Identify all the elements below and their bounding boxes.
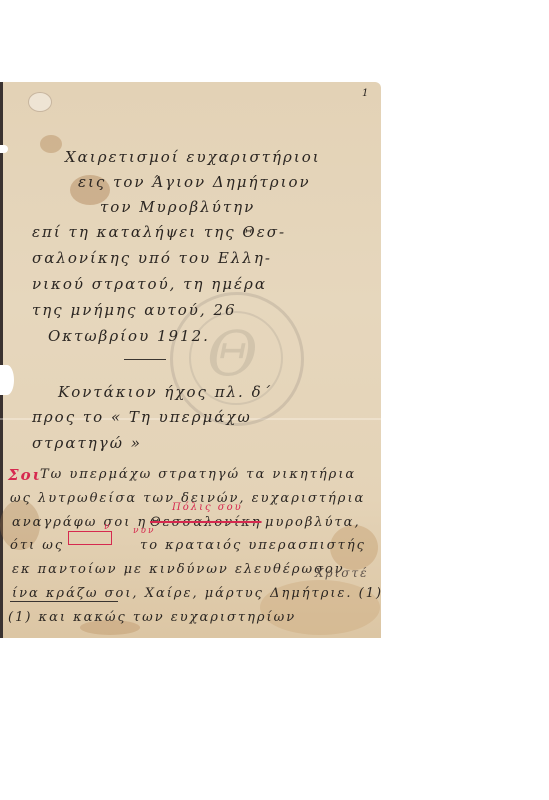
title-line: της μνήμης αυτού, 26 <box>32 301 237 319</box>
subheading-line: προς το « Τη υπερμάχω <box>32 408 252 426</box>
separator-rule <box>124 359 166 360</box>
water-stain <box>28 92 52 112</box>
page-shadow-edge <box>0 82 3 638</box>
footnote: (1) και κακώς των ευχαριστηρίων <box>8 610 296 625</box>
red-insertion: ν <box>104 522 111 532</box>
title-line: εις τον Άγιον Δημήτριον <box>78 173 311 191</box>
title-line: Οκτωβρίου 1912. <box>48 327 210 345</box>
hymn-line: αναγράφω σοι η <box>12 515 147 530</box>
tear-mark <box>0 365 14 395</box>
water-stain <box>40 135 62 153</box>
title-line: σαλονίκης υπό του Ελλη- <box>32 249 272 267</box>
subheading-line: στρατηγώ » <box>32 434 142 452</box>
title-line: νικού στρατού, τη ημέρα <box>32 275 267 293</box>
red-prefix: Σοι <box>8 466 42 484</box>
title-line: επί τη καταλήψει της Θεσ- <box>32 223 286 241</box>
red-insertion: νυν <box>133 526 155 536</box>
title-line: τον Μυροβλύτην <box>100 198 255 216</box>
page-number: 1 <box>362 88 370 99</box>
hymn-line: μυροβλύτα, <box>265 515 361 530</box>
subheading-line: Κοντάκιον ήχος πλ. δ΄ <box>58 383 272 401</box>
hymn-line: Τω υπερμάχω στρατηγώ τα νικητήρια <box>40 467 356 482</box>
hymn-line: ίνα κράζω σοι, Χαίρε, μάρτυς Δημήτριε. (… <box>12 586 383 601</box>
title-line: Χαιρετισμοί ευχαριστήριοι <box>65 148 321 166</box>
red-correction-box <box>68 531 112 545</box>
hymn-line: εκ παντοίων με κινδύνων ελευθέρωσον <box>12 562 345 577</box>
red-insertion: Πόλις σου <box>172 502 243 513</box>
margin-note: Χριστέ <box>315 566 369 580</box>
struck-word: Θεσσαλονίκη <box>150 515 262 530</box>
footnote-rule <box>10 601 118 602</box>
hymn-line: το κραταιός υπερασπιστής <box>140 538 366 553</box>
stamp-monogram: Θ <box>207 317 258 390</box>
hymn-line: ότι ως <box>10 538 64 553</box>
tear-mark <box>0 145 8 153</box>
